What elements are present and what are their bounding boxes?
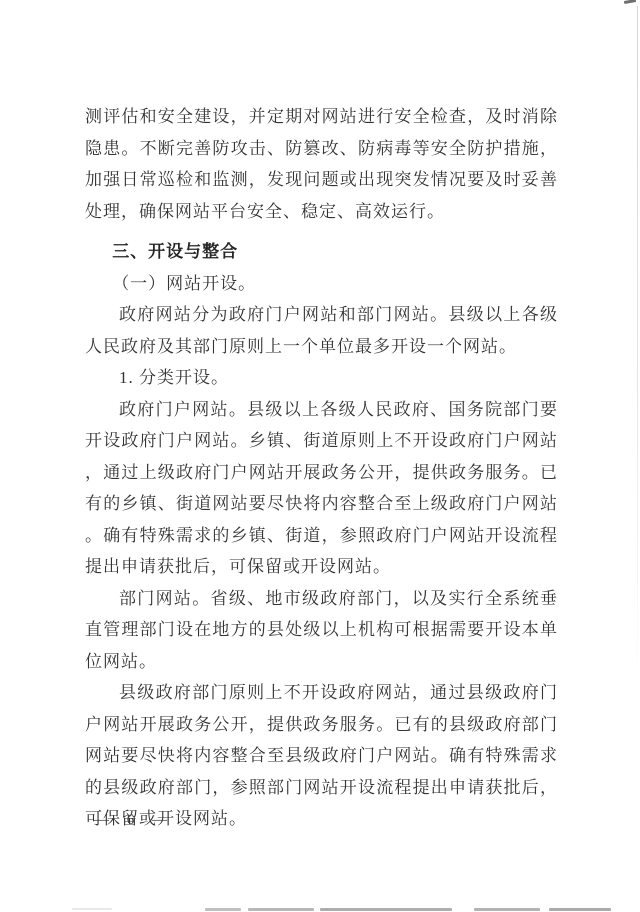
scan-artifact-bottom-dash bbox=[549, 908, 611, 911]
scan-artifact-bottom-dash bbox=[320, 908, 452, 911]
scan-artifact-right-edge-line bbox=[637, 6, 638, 686]
paragraph: 政府门户网站。县级以上各级人民政府、国务院部门要开设政府门户网站。乡镇、街道原则… bbox=[85, 394, 558, 583]
paragraph: 政府网站分为政府门户网站和部门网站。县级以上各级人民政府及其部门原则上一个单位最… bbox=[85, 299, 558, 362]
paragraph: 测评估和安全建设，并定期对网站进行安全检查，及时消除隐患。不断完善防攻击、防篡改… bbox=[85, 101, 558, 227]
numbered-heading: 1. 分类开设。 bbox=[85, 362, 558, 394]
scan-artifact-bottom-dash bbox=[248, 908, 314, 911]
scan-artifact-corner-speck bbox=[624, 0, 636, 4]
scan-artifact-bottom-dash bbox=[72, 908, 112, 910]
scanned-document-page: 测评估和安全建设，并定期对网站进行安全检查，及时消除隐患。不断完善防攻击、防篡改… bbox=[0, 0, 640, 912]
scan-artifact-bottom-dash bbox=[205, 908, 241, 911]
document-text-column: 测评估和安全建设，并定期对网站进行安全检查，及时消除隐患。不断完善防攻击、防篡改… bbox=[85, 101, 558, 835]
section-heading: 三、开设与整合 bbox=[85, 236, 558, 268]
page-number: — 6 — bbox=[94, 812, 174, 829]
subsection-heading: （一）网站开设。 bbox=[85, 268, 558, 300]
paragraph: 县级政府部门原则上不开设政府网站，通过县级政府门户网站开展政务公开，提供政务服务… bbox=[85, 677, 558, 835]
scan-artifact-bottom-dash bbox=[474, 908, 540, 911]
paragraph: 部门网站。省级、地市级政府部门，以及实行全系统垂直管理部门设在地方的县处级以上机… bbox=[85, 583, 558, 678]
